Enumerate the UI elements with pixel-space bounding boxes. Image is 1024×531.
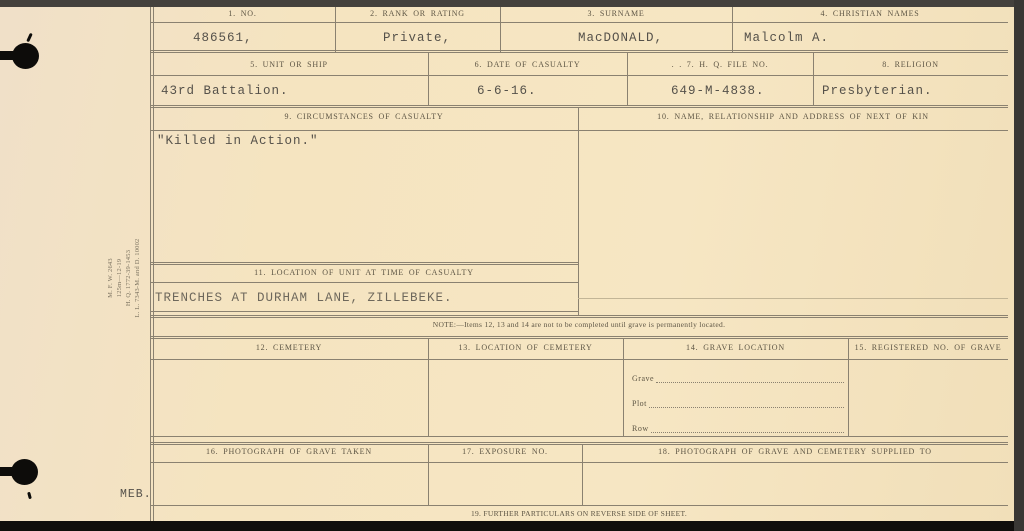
rule-h bbox=[150, 442, 1008, 443]
field-label-unit-location: 11. LOCATION OF UNIT AT TIME OF CASUALTY bbox=[150, 268, 578, 277]
rule-h bbox=[150, 462, 1008, 463]
field-label-unit: 5. UNIT OR SHIP bbox=[150, 60, 428, 69]
field-value-unit-location: TRENCHES AT DURHAM LANE, ZILLEBEKE. bbox=[155, 291, 453, 305]
rule-h bbox=[150, 444, 1008, 445]
imprint-line: H. Q. 1772-39-1453 bbox=[124, 222, 133, 334]
dotted-leader bbox=[651, 423, 844, 433]
hole-punch-top bbox=[12, 43, 39, 69]
field-value-rank: Private, bbox=[383, 31, 451, 45]
rule-h bbox=[150, 282, 578, 283]
field-value-christian-names: Malcolm A. bbox=[744, 31, 829, 45]
rule-h bbox=[150, 107, 1008, 108]
rule-h bbox=[150, 262, 578, 263]
grave-location-row: Row bbox=[632, 421, 844, 433]
field-label-rank: 2. RANK OR RATING bbox=[335, 9, 500, 18]
grave-row-label: Grave bbox=[632, 374, 654, 383]
field-value-no: 486561, bbox=[193, 31, 253, 45]
scanned-casualty-form: M. F. W. 2643 125m—12-19 H. Q. 1772-39-1… bbox=[0, 0, 1024, 531]
rule-h bbox=[150, 505, 1008, 506]
grave-row-label: Row bbox=[632, 424, 649, 433]
dotted-leader bbox=[649, 398, 844, 408]
imprint-line: L. L. 7343-M. and D. 10002 bbox=[133, 222, 142, 334]
field-label-surname: 3. SURNAME bbox=[500, 9, 732, 18]
imprint-line: 125m—12-19 bbox=[115, 222, 124, 334]
margin-imprint: M. F. W. 2643 125m—12-19 H. Q. 1772-39-1… bbox=[106, 222, 142, 334]
rule-h bbox=[150, 264, 578, 265]
field-label-registered-no: 15. REGISTERED NO. OF GRAVE bbox=[848, 343, 1008, 352]
footer-note: 19. FURTHER PARTICULARS ON REVERSE SIDE … bbox=[150, 509, 1008, 518]
rule-h bbox=[150, 105, 1008, 106]
rule-h bbox=[150, 22, 1008, 23]
rule-v bbox=[578, 107, 579, 316]
grave-location-row: Grave bbox=[632, 371, 844, 383]
field-label-cemetery: 12. CEMETERY bbox=[150, 343, 428, 352]
rule-h bbox=[578, 298, 1008, 299]
field-label-exposure-no: 17. EXPOSURE NO. bbox=[428, 447, 582, 456]
rule-v bbox=[848, 338, 849, 436]
field-label-christian-names: 4. CHRISTIAN NAMES bbox=[732, 9, 1008, 18]
note-items-12-13-14: NOTE:—Items 12, 13 and 14 are not to be … bbox=[150, 320, 1008, 329]
field-label-no: 1. NO. bbox=[150, 9, 335, 18]
field-label-next-of-kin: 10. NAME, RELATIONSHIP AND ADDRESS OF NE… bbox=[578, 112, 1008, 121]
scan-border-bottom bbox=[0, 521, 1024, 531]
field-label-hq-file-no: . . 7. H. Q. FILE NO. bbox=[627, 60, 813, 69]
rule-h bbox=[150, 336, 1008, 337]
field-label-religion: 8. RELIGION bbox=[813, 60, 1008, 69]
rule-h bbox=[150, 317, 1008, 318]
initials-stamp: MEB. bbox=[120, 488, 152, 501]
field-label-grave-location: 14. GRAVE LOCATION bbox=[623, 343, 848, 352]
imprint-line: M. F. W. 2643 bbox=[106, 222, 115, 334]
rule-v bbox=[428, 338, 429, 436]
rule-v bbox=[623, 338, 624, 436]
rule-h bbox=[150, 359, 1008, 360]
field-label-date-of-casualty: 6. DATE OF CASUALTY bbox=[428, 60, 627, 69]
field-value-religion: Presbyterian. bbox=[822, 84, 933, 98]
rule-h bbox=[150, 75, 1008, 76]
field-value-date-of-casualty: 6-6-16. bbox=[477, 84, 537, 98]
hole-punch-bottom bbox=[11, 459, 38, 485]
field-value-hq-file-no: 649-M-4838. bbox=[671, 84, 765, 98]
rule-h bbox=[150, 52, 1008, 53]
rule-h bbox=[150, 130, 1008, 131]
field-value-circumstances: "Killed in Action." bbox=[157, 134, 319, 148]
scan-border-right bbox=[1014, 0, 1024, 531]
rule-h bbox=[150, 338, 1008, 339]
dotted-leader bbox=[656, 373, 844, 383]
grave-location-row: Plot bbox=[632, 396, 844, 408]
rule-h bbox=[150, 315, 1008, 316]
field-value-unit: 43rd Battalion. bbox=[161, 84, 289, 98]
grave-row-label: Plot bbox=[632, 399, 647, 408]
field-label-photo-supplied: 18. PHOTOGRAPH OF GRAVE AND CEMETERY SUP… bbox=[582, 447, 1008, 456]
rule-h bbox=[150, 436, 1008, 437]
field-label-cemetery-location: 13. LOCATION OF CEMETERY bbox=[428, 343, 623, 352]
rule-h bbox=[150, 50, 1008, 51]
field-value-surname: MacDONALD, bbox=[578, 31, 663, 45]
field-label-circumstances: 9. CIRCUMSTANCES OF CASUALTY bbox=[150, 112, 578, 121]
field-label-photo-taken: 16. PHOTOGRAPH OF GRAVE TAKEN bbox=[150, 447, 428, 456]
rule-h bbox=[150, 311, 578, 312]
